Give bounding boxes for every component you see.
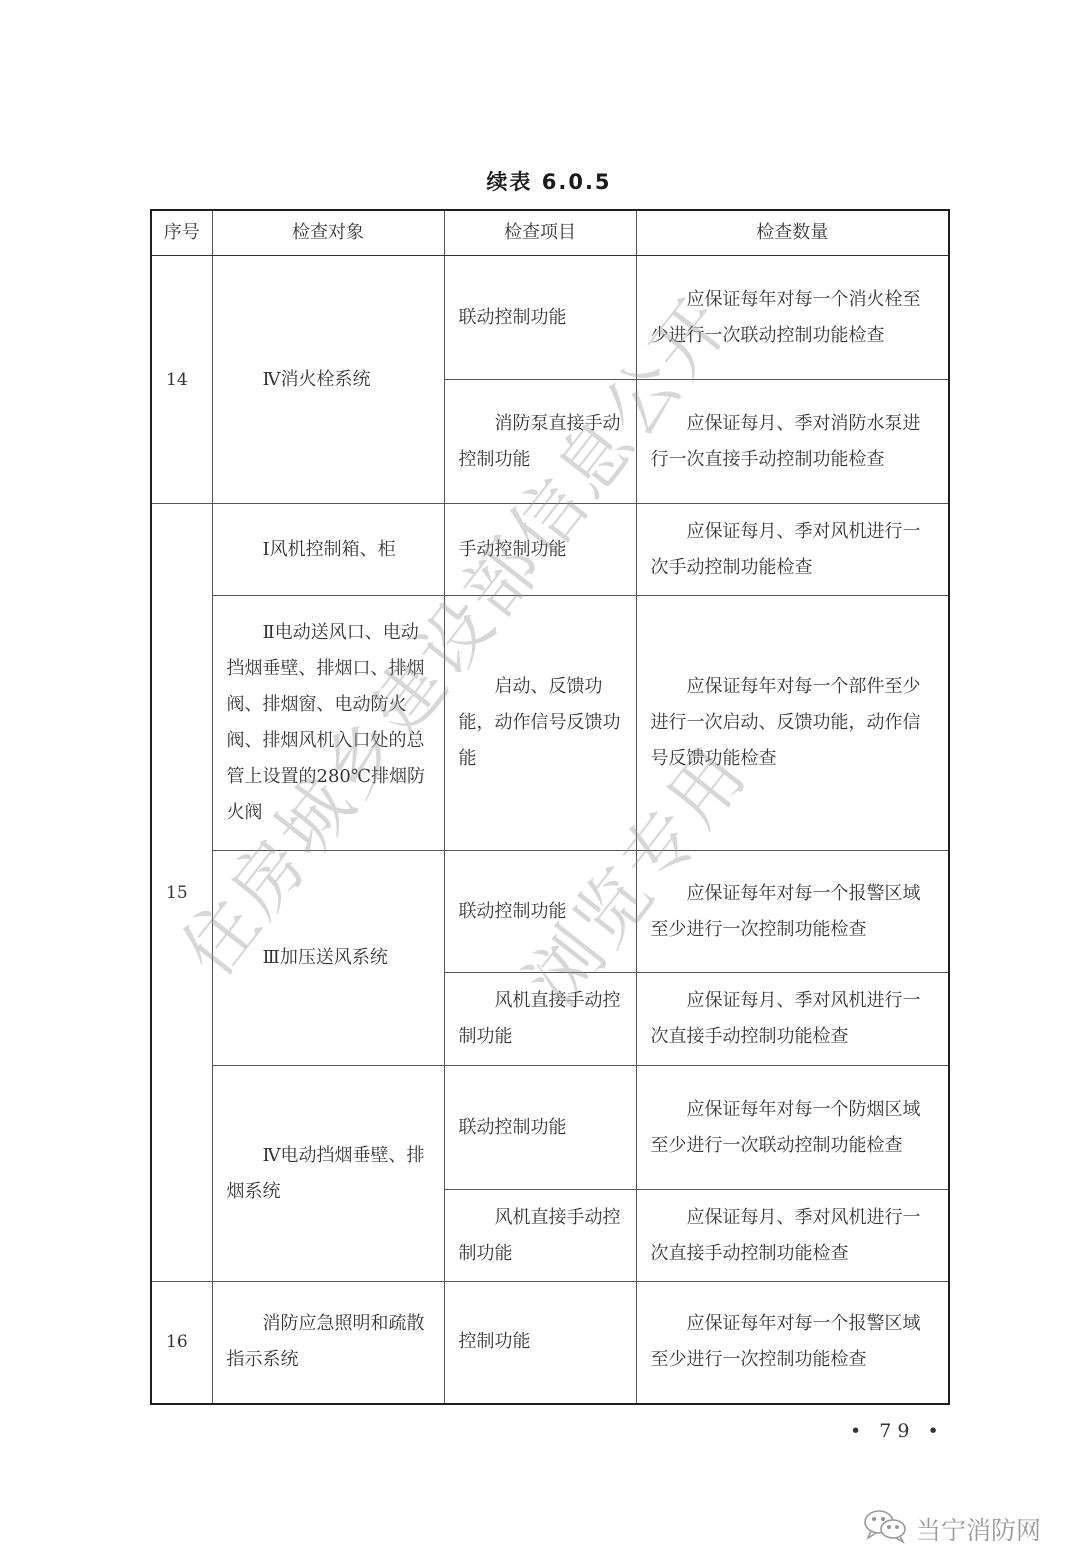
page-number: • 79 • [850, 1420, 945, 1442]
row-quantity: 应保证每月、季对风机进行一次直接手动控制功能检查 [636, 1190, 949, 1282]
row-quantity: 应保证每月、季对风机进行一次直接手动控制功能检查 [636, 973, 949, 1066]
row-item: 联动控制功能 [444, 851, 636, 973]
row-object: Ⅱ电动送风口、电动挡烟垂壁、排烟口、排烟阀、排烟窗、电动防火阀、排烟风机入口处的… [212, 596, 444, 851]
table-row: 15 Ⅰ风机控制箱、柜 手动控制功能 应保证每月、季对风机进行一次手动控制功能检… [151, 504, 949, 596]
row-item: 启动、反馈功能，动作信号反馈功能 [444, 596, 636, 851]
table-title: 续表 6.0.5 [0, 166, 1080, 196]
row-item: 手动控制功能 [444, 504, 636, 596]
row-quantity: 应保证每月、季对消防水泵进行一次直接手动控制功能检查 [636, 380, 949, 504]
row-quantity: 应保证每年对每一个部件至少进行一次启动、反馈功能，动作信号反馈功能检查 [636, 596, 949, 851]
table-row: Ⅳ电动挡烟垂壁、排烟系统 联动控制功能 应保证每年对每一个防烟区域至少进行一次联… [151, 1066, 949, 1190]
row-object: Ⅲ加压送风系统 [212, 851, 444, 1066]
header-quantity: 检查数量 [636, 210, 949, 256]
row-quantity: 应保证每年对每一个防烟区域至少进行一次联动控制功能检查 [636, 1066, 949, 1190]
row-seq: 14 [151, 256, 212, 504]
row-object: Ⅳ消火栓系统 [212, 256, 444, 504]
header-seq: 序号 [151, 210, 212, 256]
row-seq: 16 [151, 1282, 212, 1404]
row-item: 风机直接手动控制功能 [444, 973, 636, 1066]
row-item: 联动控制功能 [444, 256, 636, 380]
table-header-row: 序号 检查对象 检查项目 检查数量 [151, 210, 949, 256]
row-item: 消防泵直接手动控制功能 [444, 380, 636, 504]
row-object: Ⅰ风机控制箱、柜 [212, 504, 444, 596]
row-object: 消防应急照明和疏散指示系统 [212, 1282, 444, 1404]
wechat-icon [862, 1508, 910, 1550]
row-quantity: 应保证每年对每一个消火栓至少进行一次联动控制功能检查 [636, 256, 949, 380]
table-row: Ⅲ加压送风系统 联动控制功能 应保证每年对每一个报警区域至少进行一次控制功能检查 [151, 851, 949, 973]
row-quantity: 应保证每年对每一个报警区域至少进行一次控制功能检查 [636, 851, 949, 973]
header-item: 检查项目 [444, 210, 636, 256]
row-quantity: 应保证每年对每一个报警区域至少进行一次控制功能检查 [636, 1282, 949, 1404]
table-row: Ⅱ电动送风口、电动挡烟垂壁、排烟口、排烟阀、排烟窗、电动防火阀、排烟风机入口处的… [151, 596, 949, 851]
inspection-table: 序号 检查对象 检查项目 检查数量 14 Ⅳ消火栓系统 联动控制功能 应保证每年… [150, 209, 950, 1405]
table-row: 16 消防应急照明和疏散指示系统 控制功能 应保证每年对每一个报警区域至少进行一… [151, 1282, 949, 1404]
table-row: 14 Ⅳ消火栓系统 联动控制功能 应保证每年对每一个消火栓至少进行一次联动控制功… [151, 256, 949, 380]
row-item: 控制功能 [444, 1282, 636, 1404]
row-item: 联动控制功能 [444, 1066, 636, 1190]
row-object: Ⅳ电动挡烟垂壁、排烟系统 [212, 1066, 444, 1282]
row-item: 风机直接手动控制功能 [444, 1190, 636, 1282]
brand-label: 当宁消防网 [916, 1511, 1041, 1547]
brand-logo: 当宁消防网 [862, 1508, 1041, 1550]
row-seq: 15 [151, 504, 212, 1282]
row-quantity: 应保证每月、季对风机进行一次手动控制功能检查 [636, 504, 949, 596]
header-object: 检查对象 [212, 210, 444, 256]
